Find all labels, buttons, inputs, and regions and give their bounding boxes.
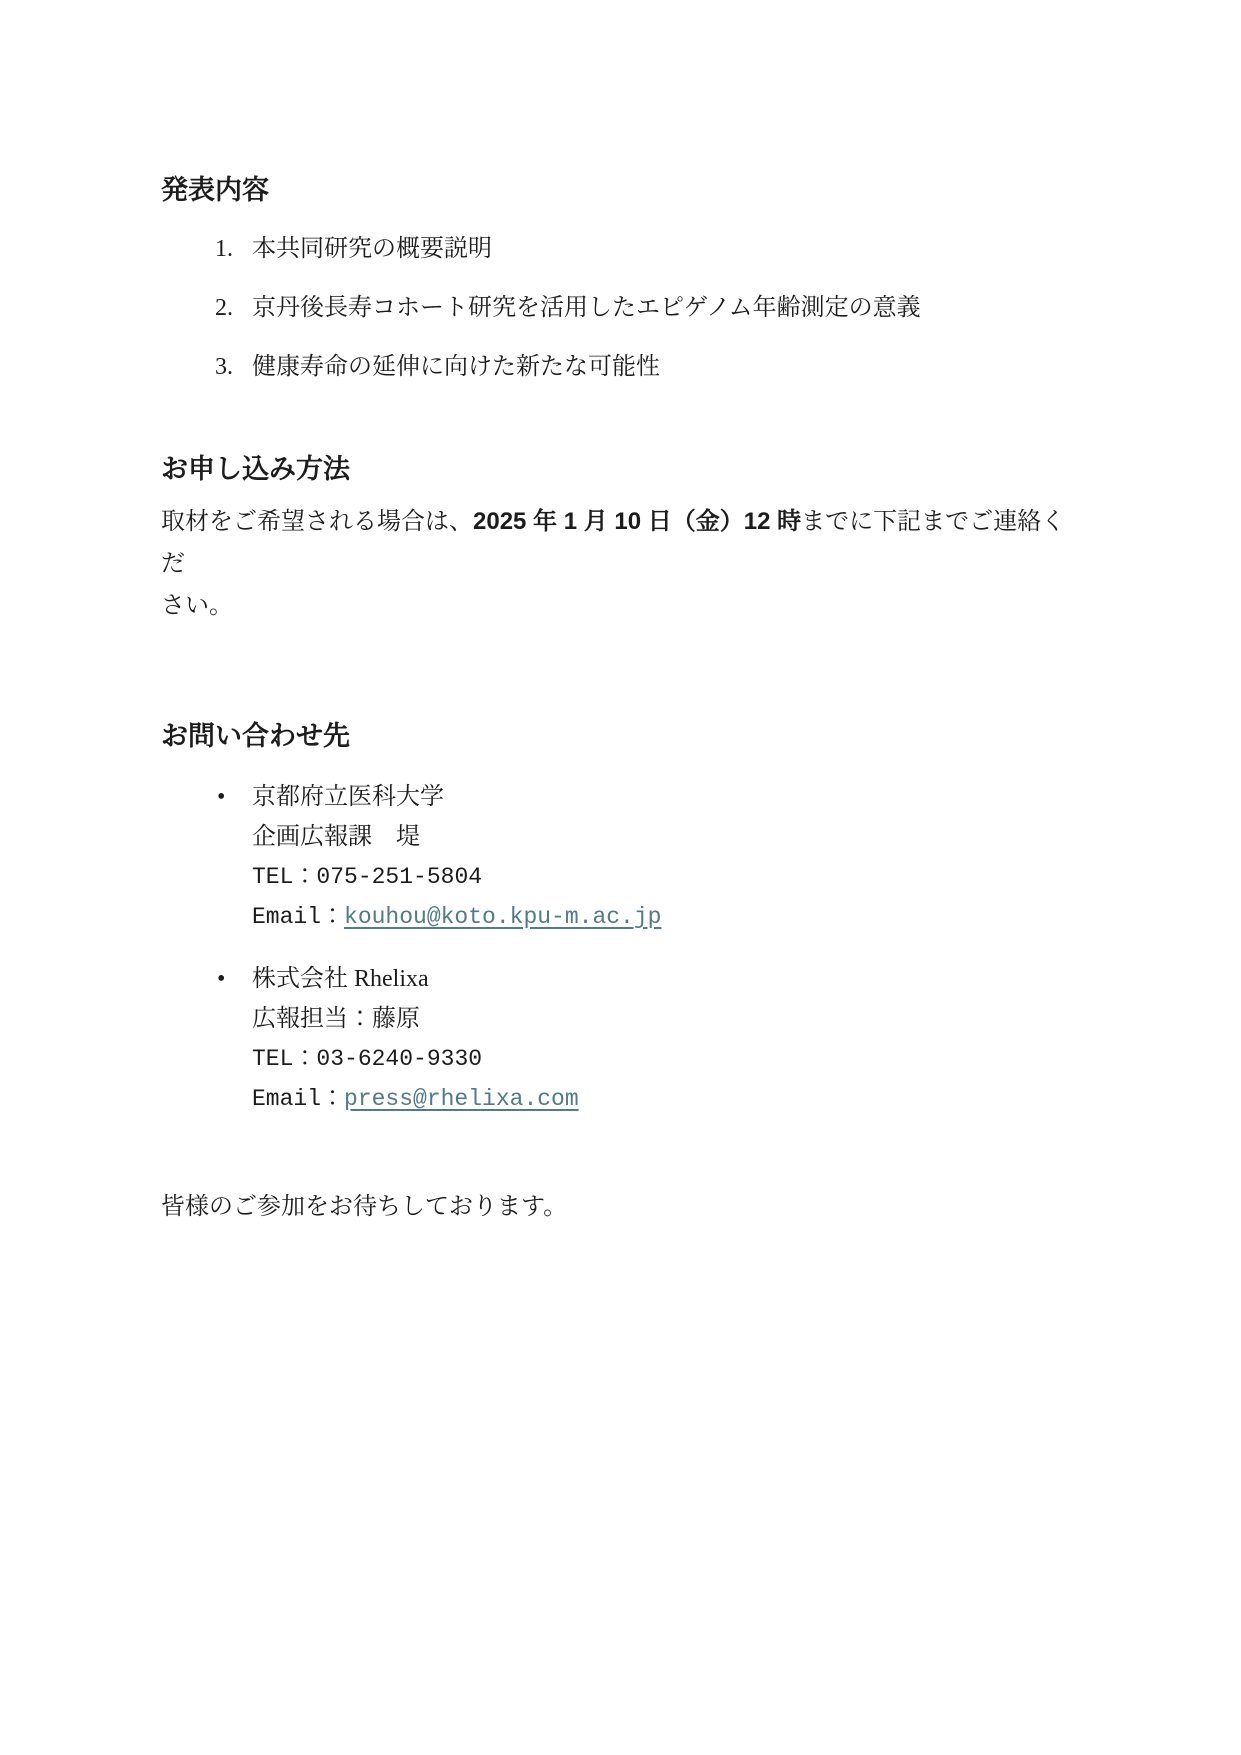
contact-organization: 株式会社 Rhelixa — [252, 959, 1080, 999]
bullet-icon: • — [217, 777, 252, 937]
section-heading-application: お申し込み方法 — [161, 455, 1080, 483]
contact-person: 広報担当：藤原 — [252, 999, 1080, 1039]
contact-entry-lines: 京都府立医科大学 企画広報課 堤 TEL：075-251-5804 Email：… — [252, 777, 1080, 937]
list-item-text: 健康寿命の延伸に向けた新たな可能性 — [252, 354, 660, 381]
section-heading-presentation: 発表内容 — [161, 176, 1080, 204]
contact-email-line: Email：kouhou@koto.kpu-m.ac.jp — [252, 897, 1080, 937]
list-item-number: 2. — [215, 295, 252, 322]
email-label: Email： — [252, 904, 344, 930]
list-item-number: 3. — [215, 354, 252, 381]
contact-tel-line: TEL：075-251-5804 — [252, 857, 1080, 897]
contact-person: 企画広報課 堤 — [252, 817, 1080, 857]
bullet-icon: • — [217, 959, 252, 1119]
list-item-text: 本共同研究の概要説明 — [252, 236, 492, 263]
presentation-items-list: 1. 本共同研究の概要説明 2. 京丹後長寿コホート研究を活用したエピゲノム年齢… — [161, 236, 1080, 381]
section-heading-contact: お問い合わせ先 — [161, 722, 1080, 750]
email-link-university[interactable]: kouhou@koto.kpu-m.ac.jp — [344, 904, 661, 930]
application-deadline: 2025 年 1 月 10 日（金）12 時 — [473, 508, 801, 535]
email-label: Email： — [252, 1086, 344, 1112]
application-body-line2: さい。 — [161, 593, 233, 619]
application-body-prefix: 取材をご希望される場合は、 — [161, 509, 473, 535]
contact-email-line: Email：press@rhelixa.com — [252, 1079, 1080, 1119]
contact-organization: 京都府立医科大学 — [252, 777, 1080, 817]
list-item-text: 京丹後長寿コホート研究を活用したエピゲノム年齢測定の意義 — [252, 295, 921, 322]
tel-label: TEL： — [252, 1046, 316, 1072]
contact-entry-university: • 京都府立医科大学 企画広報課 堤 TEL：075-251-5804 Emai… — [161, 777, 1080, 937]
contact-list: • 京都府立医科大学 企画広報課 堤 TEL：075-251-5804 Emai… — [161, 777, 1080, 1119]
list-item: 2. 京丹後長寿コホート研究を活用したエピゲノム年齢測定の意義 — [161, 295, 1080, 322]
tel-number: 03-6240-9330 — [316, 1046, 482, 1072]
document-page: 発表内容 1. 本共同研究の概要説明 2. 京丹後長寿コホート研究を活用したエピ… — [0, 0, 1241, 1755]
contact-entry-lines: 株式会社 Rhelixa 広報担当：藤原 TEL：03-6240-9330 Em… — [252, 959, 1080, 1119]
tel-number: 075-251-5804 — [316, 864, 482, 890]
list-item-number: 1. — [215, 236, 252, 263]
tel-label: TEL： — [252, 864, 316, 890]
closing-text: 皆様のご参加をお待ちしております。 — [161, 1192, 1080, 1222]
contact-entry-company: • 株式会社 Rhelixa 広報担当：藤原 TEL：03-6240-9330 … — [161, 959, 1080, 1119]
email-link-company[interactable]: press@rhelixa.com — [344, 1086, 579, 1112]
list-item: 1. 本共同研究の概要説明 — [161, 236, 1080, 263]
application-body-paragraph: 取材をご希望される場合は、2025 年 1 月 10 日（金）12 時までに下記… — [161, 501, 1080, 627]
contact-tel-line: TEL：03-6240-9330 — [252, 1039, 1080, 1079]
list-item: 3. 健康寿命の延伸に向けた新たな可能性 — [161, 354, 1080, 381]
